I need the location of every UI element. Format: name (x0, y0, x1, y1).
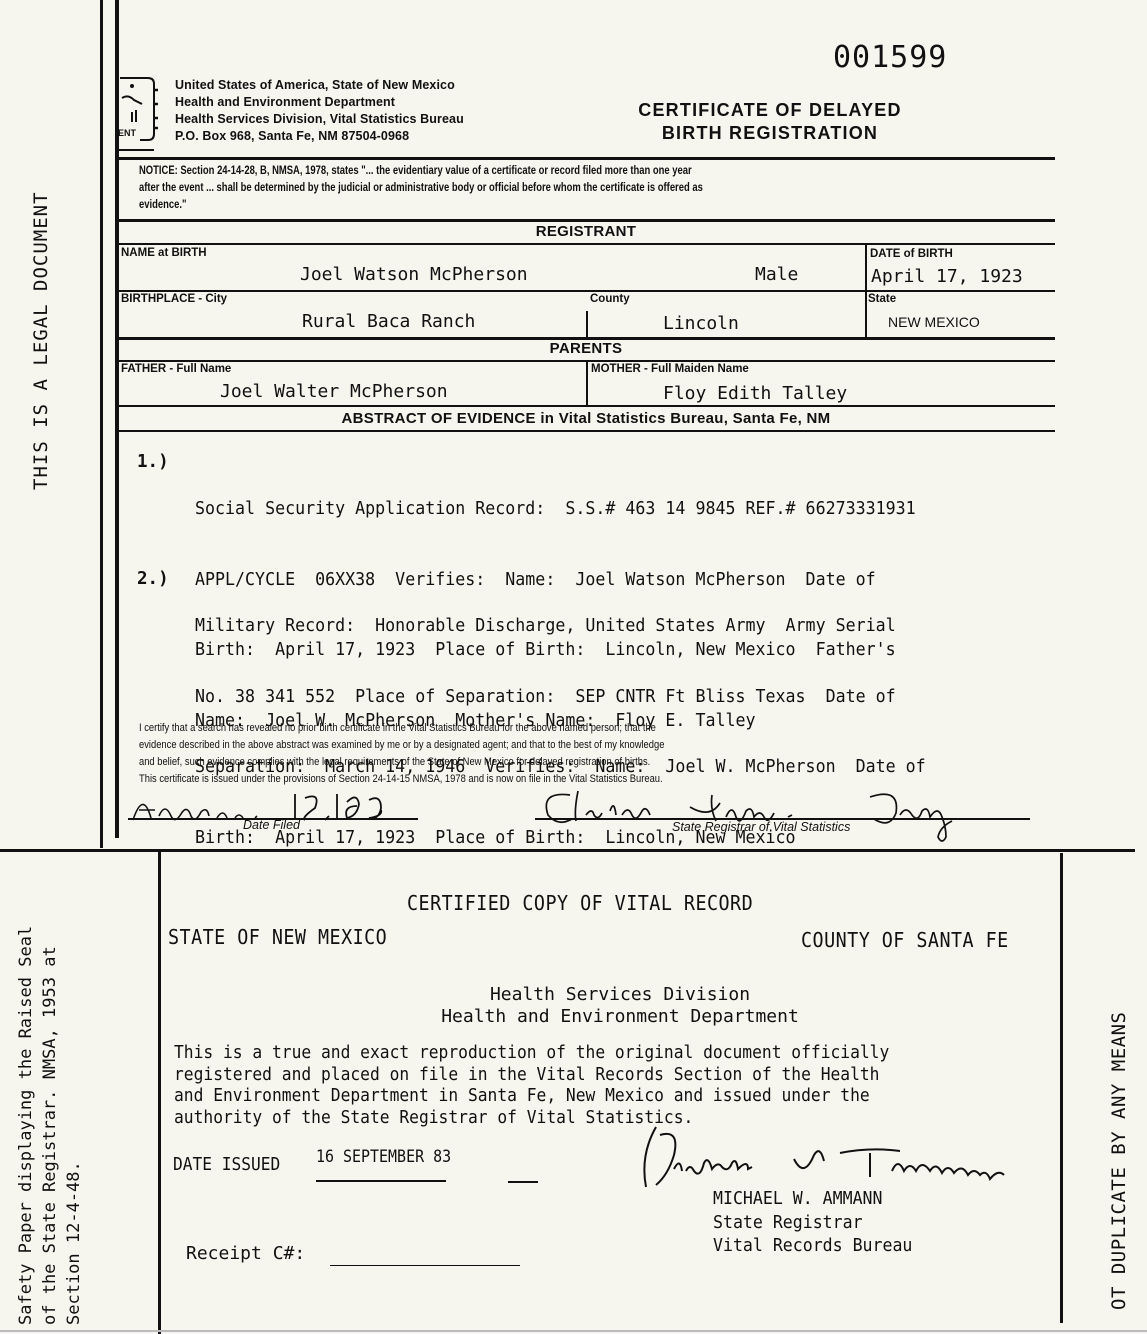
notice-block: NOTICE: Section 24-14-28, B, NMSA, 1978,… (139, 163, 1041, 214)
state-registrar-signature (630, 1125, 1090, 1195)
evidence-heading: ABSTRACT OF EVIDENCE in Vital Statistics… (117, 410, 1055, 427)
agency-line-3: Health Services Division, Vital Statisti… (175, 111, 464, 128)
certify-line-2: evidence described in the above abstract… (139, 737, 1011, 754)
parents-heading: PARENTS (117, 340, 1055, 357)
safety-line-2: of the State Registrar. NMSA, 1953 at (38, 926, 62, 1325)
father-label: FATHER - Full Name (121, 363, 231, 375)
date-issued-label: DATE ISSUED (173, 1154, 280, 1175)
mother-value: Floy Edith Talley (663, 383, 847, 404)
logo-label: ENT (118, 128, 136, 138)
dob-divider (865, 245, 867, 291)
form-left-border-outer (100, 0, 103, 848)
certified-copy-title: CERTIFIED COPY OF VITAL RECORD (407, 891, 753, 915)
certificate-number: 001599 (833, 40, 947, 75)
registrant-heading-rule (117, 243, 1055, 245)
dob-value: April 17, 1923 (871, 266, 1023, 287)
date-filed-label: Date Filed (243, 818, 300, 832)
agency-line-1: United States of America, State of New M… (175, 77, 464, 94)
notice-line-1: NOTICE: Section 24-14-28, B, NMSA, 1978,… (139, 163, 1041, 180)
receipt-number-field (330, 1245, 520, 1266)
issuing-division: Health Services Division Health and Envi… (150, 984, 1090, 1028)
safety-line-3: Section 12-4-48. (62, 926, 86, 1325)
name-at-birth-label: NAME at BIRTH (121, 247, 207, 259)
lower-bottom-rule (0, 1330, 1147, 1332)
lower-section-divider (0, 849, 1135, 852)
date-issued-value: 16 SEPTEMBER 83 (316, 1147, 451, 1167)
registrar-label: State Registrar of Vital Statistics (672, 820, 850, 834)
statement-line-3: and Environment Department in Santa Fe, … (174, 1086, 889, 1108)
certified-copy-state: STATE OF NEW MEXICO (168, 925, 387, 949)
receipt-label: Receipt C#: (186, 1243, 305, 1264)
evidence-line: Social Security Application Record: S.S.… (195, 498, 916, 522)
logo-underline (118, 149, 154, 151)
mother-divider (586, 361, 588, 406)
county-value: Lincoln (663, 313, 739, 334)
certify-line-3: and belief, such evidence complies with … (139, 754, 1011, 771)
safety-line-1: Safety Paper displaying the Raised Seal (14, 926, 38, 1325)
agency-address: United States of America, State of New M… (175, 77, 464, 145)
birthplace-label: BIRTHPLACE - City (121, 293, 227, 305)
lower-right-border (1060, 853, 1063, 1323)
registrar-name: MICHAEL W. AMMANN (713, 1187, 912, 1211)
name-at-birth-value: Joel Watson McPherson (300, 264, 528, 285)
certified-copy-statement: This is a true and exact reproduction of… (174, 1043, 889, 1129)
father-value: Joel Walter McPherson (220, 381, 448, 402)
certify-line-1: I certify that a search has revealed no … (139, 720, 1011, 737)
state-divider (865, 292, 867, 338)
department-name: Health and Environment Department (150, 1006, 1090, 1028)
title-line-1: CERTIFICATE OF DELAYED (620, 99, 920, 122)
agency-line-4: P.O. Box 968, Santa Fe, NM 87504-0968 (175, 128, 464, 145)
evidence-item-number: 2.) (137, 568, 169, 592)
birthplace-value: Rural Baca Ranch (302, 311, 475, 332)
statement-line-1: This is a true and exact reproduction of… (174, 1043, 889, 1065)
department-logo: ENT (118, 76, 158, 144)
legal-document-side-notice: THIS IS A LEGAL DOCUMENT (30, 191, 52, 490)
date-issued-line (316, 1180, 446, 1182)
notice-line-2: after the event ... shall be determined … (139, 180, 1041, 197)
state-label: State (868, 293, 896, 305)
state-value: NEW MEXICO (888, 314, 980, 330)
evidence-item-number: 1.) (137, 451, 169, 475)
agency-line-2: Health and Environment Department (175, 94, 464, 111)
notice-line-3: evidence." (139, 197, 1041, 214)
date-issued-line-tail (508, 1181, 538, 1183)
county-label: County (590, 293, 630, 305)
do-not-duplicate-side-notice: OT DUPLICATE BY ANY MEANS (1108, 1012, 1130, 1310)
county-divider (586, 311, 588, 337)
evidence-heading-rule (117, 430, 1055, 432)
notice-top-rule (117, 157, 1055, 160)
state-registrar-block: MICHAEL W. AMMANN State Registrar Vital … (713, 1187, 912, 1258)
title-line-2: BIRTH REGISTRATION (620, 122, 920, 145)
registrar-title: State Registrar (713, 1211, 912, 1235)
certification-statement: I certify that a search has revealed no … (139, 720, 1011, 788)
statement-line-2: registered and placed on file in the Vit… (174, 1065, 889, 1087)
mother-label: MOTHER - Full Maiden Name (591, 363, 749, 375)
evidence-line: No. 38 341 552 Place of Separation: SEP … (195, 686, 926, 710)
evidence-item-2: 2.) Military Record: Honorable Discharge… (137, 568, 158, 639)
certificate-title: CERTIFICATE OF DELAYED BIRTH REGISTRATIO… (620, 99, 920, 145)
evidence-line: Military Record: Honorable Discharge, Un… (195, 615, 926, 639)
registrant-top-rule (117, 219, 1055, 222)
name-row-rule (117, 290, 1055, 292)
safety-paper-side-notice: Safety Paper displaying the Raised Seal … (14, 926, 86, 1325)
evidence-item-1: 1.) Social Security Application Record: … (137, 451, 158, 522)
registrant-heading: REGISTRANT (117, 223, 1055, 240)
division-name: Health Services Division (150, 984, 1090, 1006)
certified-copy-county: COUNTY OF SANTA FE (801, 928, 1009, 952)
registrar-office: Vital Records Bureau (713, 1234, 912, 1258)
lower-left-border (158, 850, 161, 1334)
parents-row-rule (117, 405, 1055, 407)
sex-value: Male (755, 264, 798, 285)
dob-label: DATE of BIRTH (870, 248, 953, 260)
